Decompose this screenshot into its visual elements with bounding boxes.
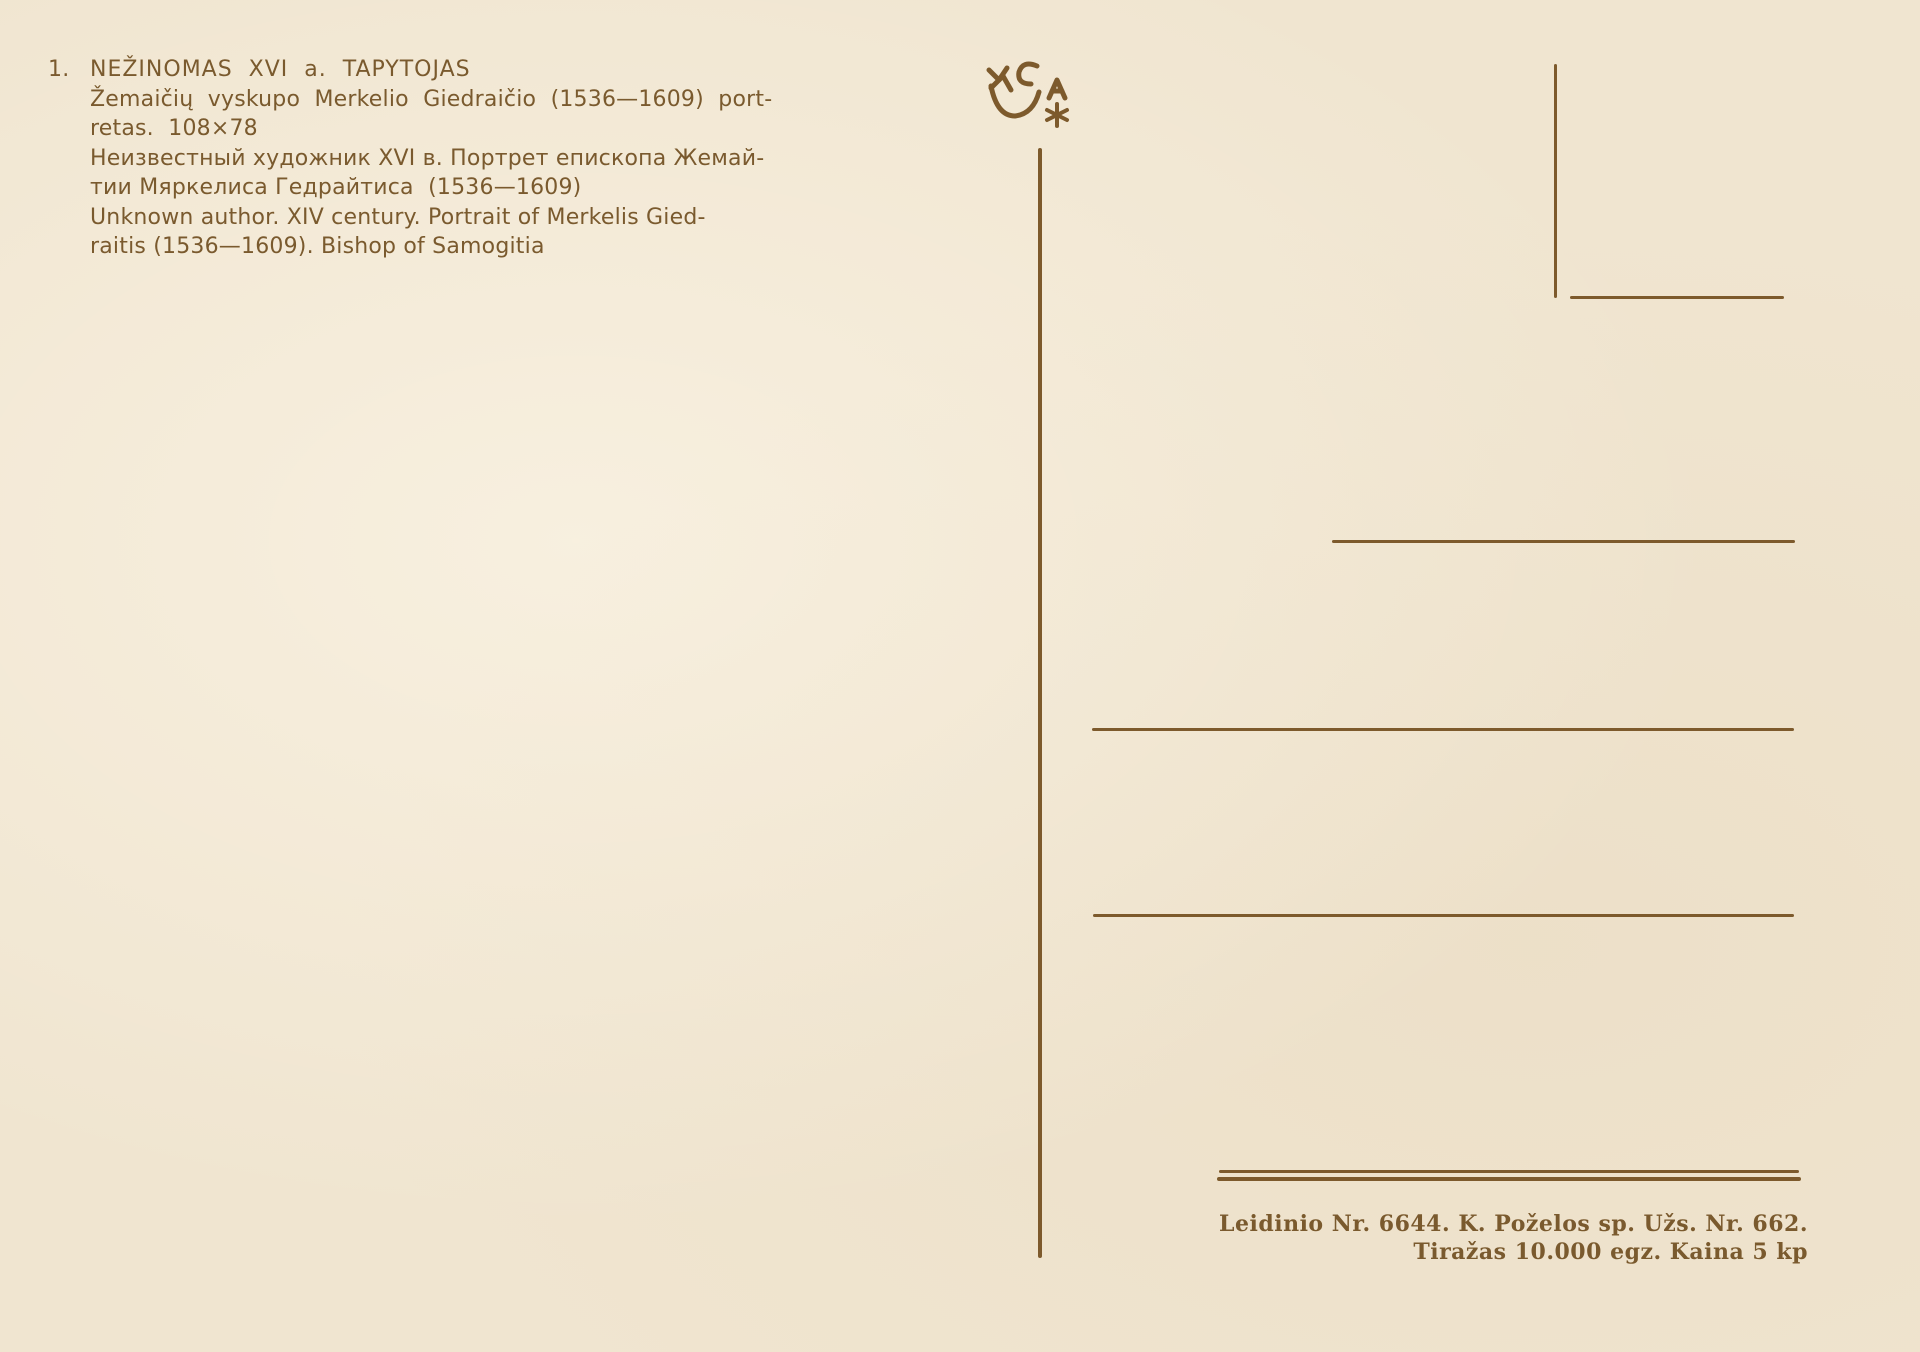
caption-title-row: 1. NEŽINOMAS XVI a. TAPYTOJAS [48, 55, 998, 85]
caption-lt-line2: retas. 108×78 [48, 114, 998, 144]
caption-ru-line1: Неизвестный художник XVI в. Портрет епис… [48, 144, 998, 174]
stamp-box-vertical [1554, 64, 1557, 298]
imprint-line-1: Leidinio Nr. 6644. K. Poželos sp. Užs. N… [1219, 1210, 1808, 1238]
caption-en-line1: Unknown author. XIV century. Portrait of… [48, 203, 998, 233]
address-double-line-bottom [1217, 1177, 1801, 1181]
address-line-3 [1093, 914, 1794, 917]
publisher-monogram-icon [985, 58, 1077, 130]
center-divider [1038, 148, 1042, 1258]
caption-number: 1. [48, 55, 90, 85]
publisher-imprint: Leidinio Nr. 6644. K. Poželos sp. Užs. N… [1219, 1210, 1808, 1266]
address-line-1 [1332, 540, 1795, 543]
caption-lt-line1: Žemaičių vyskupo Merkelio Giedraičio (15… [48, 85, 998, 115]
caption-block: 1. NEŽINOMAS XVI a. TAPYTOJAS Žemaičių v… [48, 55, 998, 262]
caption-title: NEŽINOMAS XVI a. TAPYTOJAS [90, 55, 471, 85]
caption-en-line2: raitis (1536—1609). Bishop of Samogitia [48, 232, 998, 262]
caption-ru-line2: тии Мяркелиса Гедрайтиса (1536—1609) [48, 173, 998, 203]
imprint-line-2: Tiražas 10.000 egz. Kaina 5 kp [1219, 1238, 1808, 1266]
address-line-2 [1092, 728, 1794, 731]
address-double-line-top [1219, 1170, 1799, 1173]
stamp-box-horizontal [1570, 296, 1784, 299]
